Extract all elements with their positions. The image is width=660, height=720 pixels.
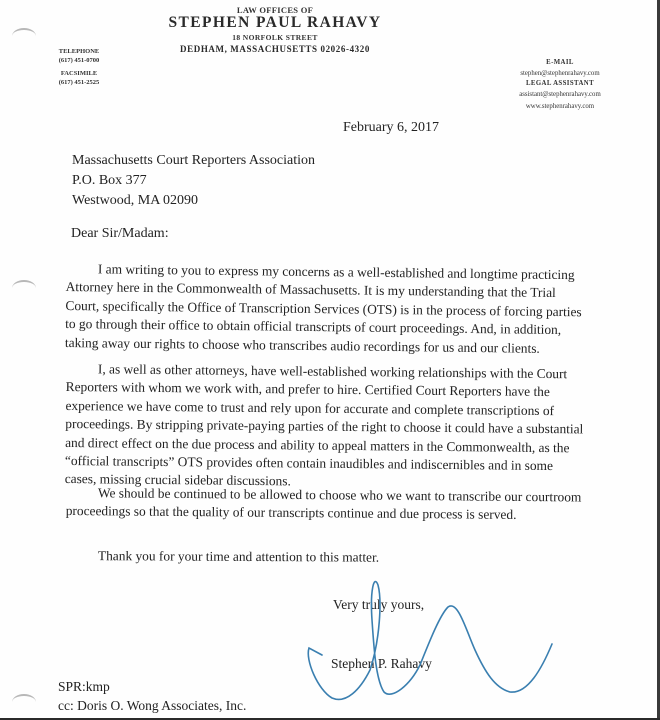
recipient-address: Massachusetts Court Reporters Associatio… — [72, 151, 315, 211]
letter-page: LAW OFFICES OF STEPHEN PAUL RAHAVY 18 NO… — [0, 0, 657, 717]
cc-line: cc: Doris O. Wong Associates, Inc. — [58, 696, 246, 715]
facsimile-label: FACSIMILE — [48, 69, 110, 78]
letterhead-firm-name: STEPHEN PAUL RAHAVY — [0, 14, 550, 32]
facsimile-number: (617) 451-2525 — [48, 78, 110, 87]
email-address: stephen@stephenrahavy.com — [470, 69, 650, 80]
letterhead-email-block: E-MAIL stephen@stephenrahavy.com LEGAL A… — [470, 58, 650, 113]
recipient-address-line-2: Westwood, MA 02090 — [72, 191, 315, 211]
body-paragraph-text: I, as well as other attorneys, have well… — [65, 361, 584, 488]
email-label: E-MAIL — [470, 58, 650, 69]
closing: Very truly yours, — [333, 597, 424, 613]
telephone-label: TELEPHONE — [48, 47, 110, 56]
salutation: Dear Sir/Madam: — [71, 226, 169, 242]
website: www.stephenrahavy.com — [470, 102, 650, 113]
letter-date: February 6, 2017 — [343, 120, 439, 136]
legal-assistant-label: LEGAL ASSISTANT — [470, 79, 650, 90]
hole-punch-mark — [12, 694, 36, 710]
telephone-number: (617) 451-0700 — [48, 56, 110, 65]
letterhead-street: 18 NORFOLK STREET — [0, 33, 550, 42]
assistant-email: assistant@stephenrahavy.com — [470, 90, 650, 101]
body-paragraph-text: I am writing to you to express my concer… — [65, 261, 582, 355]
reference-block: SPR:kmp cc: Doris O. Wong Associates, In… — [58, 677, 246, 715]
hole-punch-mark — [12, 280, 36, 296]
body-paragraph-text: Thank you for your time and attention to… — [98, 548, 379, 564]
body-paragraph: I, as well as other attorneys, have well… — [65, 360, 588, 494]
body-paragraph: We should be continued to be allowed to … — [66, 484, 606, 526]
recipient-name: Massachusetts Court Reporters Associatio… — [72, 151, 315, 171]
body-paragraph-text: We should be continued to be allowed to … — [66, 485, 582, 522]
letterhead-phone-block: TELEPHONE (617) 451-0700 FACSIMILE (617)… — [48, 47, 110, 87]
recipient-address-line-1: P.O. Box 377 — [72, 171, 315, 191]
signer-name: Stephen P. Rahavy — [331, 656, 432, 672]
body-paragraph: I am writing to you to express my concer… — [65, 260, 586, 358]
reference-initials: SPR:kmp — [58, 677, 246, 696]
body-paragraph: Thank you for your time and attention to… — [66, 547, 586, 568]
